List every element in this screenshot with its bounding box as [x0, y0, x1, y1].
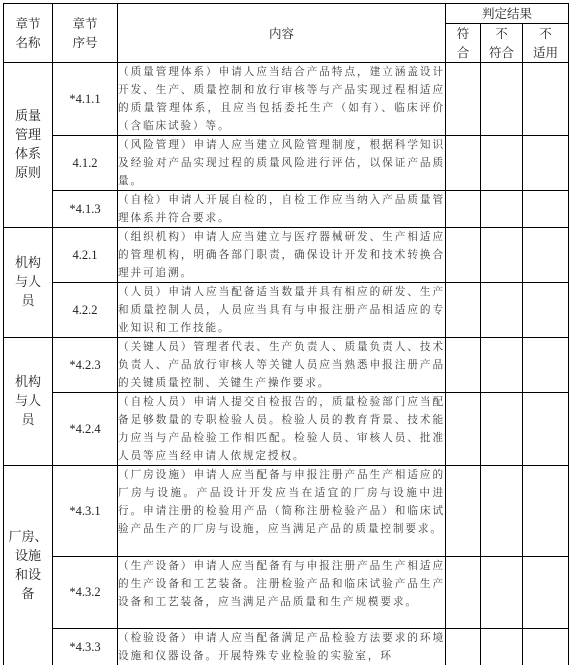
clause-number: *4.2.3 [53, 338, 118, 393]
not-applicable-cell[interactable] [523, 338, 569, 393]
clause-content: （关键人员）管理者代表、生产负责人、质量负责人、技术负责人、产品放行审核人等关键… [118, 338, 446, 393]
section-name-line: 质量 [4, 107, 52, 126]
clause-content: （组织机构）申请人应当建立与医疗器械研发、生产相适应的管理机构，明确各部门职责，… [118, 228, 446, 283]
header-text: 合 [446, 43, 480, 62]
not-applicable-cell[interactable] [523, 63, 569, 136]
not-applicable-cell[interactable] [523, 393, 569, 466]
clause-number: *4.1.1 [53, 63, 118, 136]
not-applicable-cell[interactable] [523, 557, 569, 629]
header-text: 不 [523, 24, 568, 43]
table-row: 机构与人员4.2.1（组织机构）申请人应当建立与医疗器械研发、生产相适应的管理机… [4, 228, 569, 283]
clause-number: *4.2.4 [53, 393, 118, 466]
clause-content: （质量管理体系）申请人应当结合产品特点，建立涵盖设计开发、生产、质量控制和放行审… [118, 63, 446, 136]
section-name-line: 原则 [4, 164, 52, 183]
nonconform-cell[interactable] [481, 191, 523, 228]
clause-number: *4.1.3 [53, 191, 118, 228]
not-applicable-cell[interactable] [523, 466, 569, 557]
section-name-line: 和设 [4, 566, 52, 585]
table-row: *4.3.2（生产设备）申请人应当配备有与申报注册产品生产相适应的生产设备和工艺… [4, 557, 569, 629]
nonconform-cell[interactable] [481, 338, 523, 393]
review-checklist-table: 章节 名称 章节 序号 内容 判定结果 符 合 不 符合 不 适用 [3, 3, 569, 665]
clause-content: （自检）申请人开展自检的，自检工作应当纳入产品质量管理体系并符合要求。 [118, 191, 446, 228]
clause-content: （风险管理）申请人应当建立风险管理制度，根据科学知识及经验对产品实现过程的质量风… [118, 136, 446, 191]
nonconform-cell[interactable] [481, 63, 523, 136]
conform-cell[interactable] [446, 228, 481, 283]
section-name: 厂房、设施和设备 [4, 466, 53, 665]
clause-number: *4.3.1 [53, 466, 118, 557]
nonconform-cell[interactable] [481, 466, 523, 557]
conform-cell[interactable] [446, 629, 481, 665]
section-name-line: 备 [4, 585, 52, 604]
header-content: 内容 [118, 4, 446, 63]
nonconform-cell[interactable] [481, 629, 523, 665]
nonconform-cell[interactable] [481, 557, 523, 629]
section-name-line: 体系 [4, 145, 52, 164]
nonconform-cell[interactable] [481, 136, 523, 191]
header-conform: 符 合 [446, 24, 481, 63]
header-text: 符合 [481, 43, 522, 62]
header-text: 适用 [523, 43, 568, 62]
section-name-line: 厂房、 [4, 528, 52, 547]
nonconform-cell[interactable] [481, 393, 523, 466]
header-text: 章节 [4, 14, 52, 33]
table-row: *4.1.3（自检）申请人开展自检的，自检工作应当纳入产品质量管理体系并符合要求… [4, 191, 569, 228]
clause-number: 4.2.1 [53, 228, 118, 283]
section-name-line: 管理 [4, 126, 52, 145]
section-name-line: 机构 [4, 373, 52, 392]
header-text: 序号 [53, 33, 117, 52]
table-row: 4.2.2（人员）申请人应当配备适当数量并具有相应的研发、生产和质量控制人员，人… [4, 283, 569, 338]
section-name-line: 员 [4, 411, 52, 430]
header-chapter-name: 章节 名称 [4, 4, 53, 63]
clause-content: （检验设备）申请人应当配备满足产品检验方法要求的环境设施和仪器设备。开展特殊专业… [118, 629, 446, 665]
conform-cell[interactable] [446, 191, 481, 228]
clause-number: *4.3.2 [53, 557, 118, 629]
not-applicable-cell[interactable] [523, 228, 569, 283]
table-body: 质量管理体系原则*4.1.1（质量管理体系）申请人应当结合产品特点，建立涵盖设计… [4, 63, 569, 665]
conform-cell[interactable] [446, 63, 481, 136]
clause-content: （生产设备）申请人应当配备有与申报注册产品生产相适应的生产设备和工艺装备。注册检… [118, 557, 446, 629]
table-row: 厂房、设施和设备*4.3.1（厂房设施）申请人应当配备与申报注册产品生产相适应的… [4, 466, 569, 557]
table-row: *4.2.4（自检人员）申请人提交自检报告的，质量检验部门应当配备足够数量的专职… [4, 393, 569, 466]
conform-cell[interactable] [446, 136, 481, 191]
clause-number: *4.3.3 [53, 629, 118, 665]
header-not-applicable: 不 适用 [523, 24, 569, 63]
conform-cell[interactable] [446, 557, 481, 629]
header-text: 不 [481, 24, 522, 43]
clause-content: （人员）申请人应当配备适当数量并具有相应的研发、生产和质量控制人员，人员应当具有… [118, 283, 446, 338]
header-result-group: 判定结果 [446, 4, 569, 24]
section-name: 机构与人员 [4, 228, 53, 338]
header-text: 名称 [4, 33, 52, 52]
header-chapter-number: 章节 序号 [53, 4, 118, 63]
section-name-line: 员 [4, 292, 52, 311]
section-name-line: 设施 [4, 547, 52, 566]
header-text: 符 [446, 24, 480, 43]
header-nonconform: 不 符合 [481, 24, 523, 63]
section-name-line: 与人 [4, 273, 52, 292]
section-name: 机构与人员 [4, 338, 53, 466]
nonconform-cell[interactable] [481, 228, 523, 283]
clause-content: （自检人员）申请人提交自检报告的，质量检验部门应当配备足够数量的专职检验人员。检… [118, 393, 446, 466]
section-name: 质量管理体系原则 [4, 63, 53, 228]
not-applicable-cell[interactable] [523, 136, 569, 191]
not-applicable-cell[interactable] [523, 191, 569, 228]
table-row: 4.1.2（风险管理）申请人应当建立风险管理制度，根据科学知识及经验对产品实现过… [4, 136, 569, 191]
header-text: 章节 [53, 14, 117, 33]
not-applicable-cell[interactable] [523, 283, 569, 338]
table-row: 机构与人员*4.2.3（关键人员）管理者代表、生产负责人、质量负责人、技术负责人… [4, 338, 569, 393]
table-row: 质量管理体系原则*4.1.1（质量管理体系）申请人应当结合产品特点，建立涵盖设计… [4, 63, 569, 136]
conform-cell[interactable] [446, 466, 481, 557]
clause-number: 4.1.2 [53, 136, 118, 191]
clause-number: 4.2.2 [53, 283, 118, 338]
section-name-line: 机构 [4, 254, 52, 273]
conform-cell[interactable] [446, 393, 481, 466]
clause-content: （厂房设施）申请人应当配备与申报注册产品生产相适应的厂房与设施。产品设计开发应当… [118, 466, 446, 557]
table-row: *4.3.3（检验设备）申请人应当配备满足产品检验方法要求的环境设施和仪器设备。… [4, 629, 569, 665]
section-name-line: 与人 [4, 392, 52, 411]
nonconform-cell[interactable] [481, 283, 523, 338]
conform-cell[interactable] [446, 338, 481, 393]
conform-cell[interactable] [446, 283, 481, 338]
not-applicable-cell[interactable] [523, 629, 569, 665]
